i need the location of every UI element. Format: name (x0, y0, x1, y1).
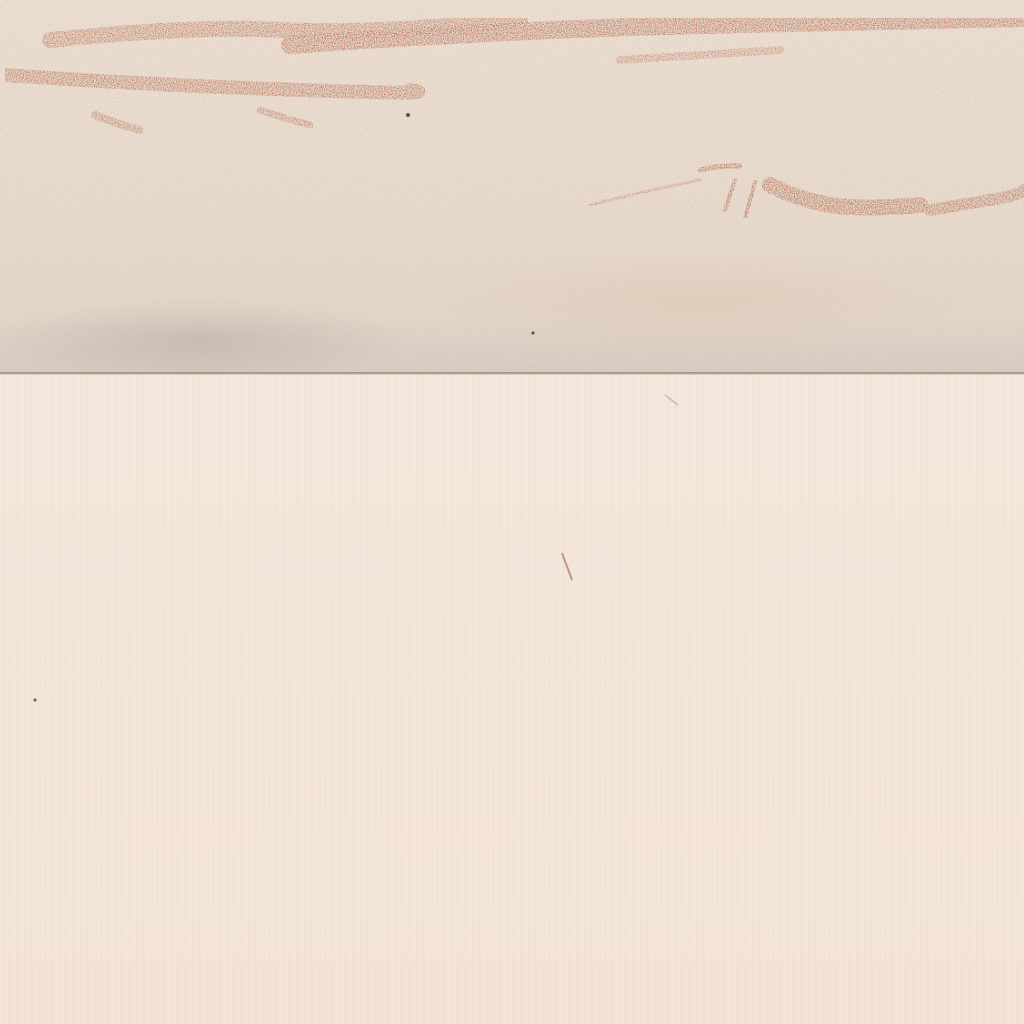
mount-board (0, 375, 1024, 1024)
dust-speck (406, 113, 410, 117)
mount-marks (0, 375, 1024, 1024)
artwork-scene (0, 0, 1024, 1024)
drawing-sheet (0, 0, 1024, 374)
red-chalk-strokes (0, 0, 1024, 374)
